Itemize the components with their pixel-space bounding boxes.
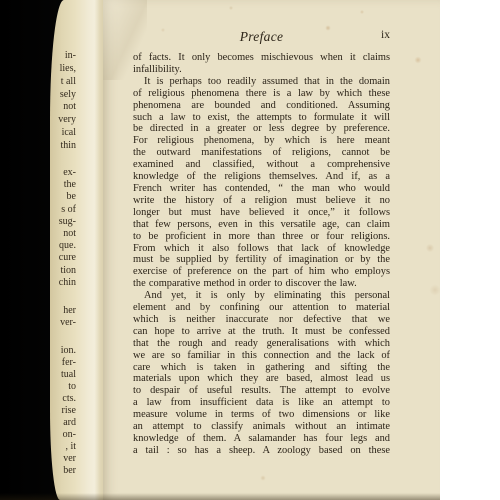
left-page-text-fragment: s of [61,204,76,215]
left-page-text-fragment: not [63,101,76,112]
screenshot: in-lies,t allselynotveryicalthinex-thebe… [0,0,500,500]
text-line: of facts. It only becomes mischievous wh… [133,52,390,64]
left-page-text-fragment: the [64,179,76,190]
left-page-text-fragment: lies, [60,63,76,74]
left-page-text-fragment: very [58,114,76,125]
left-page-fore-edge: in-lies,t allselynotveryicalthinex-thebe… [50,0,103,500]
text-line: the outward manifestations of religions,… [133,147,390,159]
text-line: measure volume in terms of two dimension… [133,409,390,421]
text-line: examined and classified, without a compr… [133,159,390,171]
left-page-text-fragment: ver [63,453,76,464]
text-line: to be proficient in more than three or f… [133,231,390,243]
book-photo: in-lies,t allselynotveryicalthinex-thebe… [0,0,440,500]
left-page-text-fragment: , it [65,441,76,452]
text-line: For religious phenomena, by which is her… [133,135,390,147]
preface-page: Preface ix of facts. It only becomes mis… [103,0,440,500]
text-line: care which is taken in gathering and sif… [133,362,390,374]
left-page-text-fragment: fer- [62,357,76,368]
left-page-text-fragment: ion. [61,345,76,356]
left-page-text-fragment: cts. [62,393,76,404]
left-page-text-fragment: cure [59,252,76,263]
text-line: French writer has contended, “ the man w… [133,183,390,195]
left-page-text-fragment: que. [59,240,76,251]
text-line: we are so familiar in this connection an… [133,350,390,362]
left-page-text-fragment: in- [65,50,76,61]
left-page-text-fragment: not [63,228,76,239]
text-line: a tail : so has a sheep. A zoology based… [133,445,390,457]
preface-text: of facts. It only becomes mischievous wh… [133,52,390,457]
text-line: be directed in a greater or less degree … [133,123,390,135]
text-line: And yet, it is only by eliminating this … [133,290,390,302]
text-line: element and by confining our attention t… [133,302,390,314]
page-number: ix [381,29,390,41]
text-line: of religious phenomena there is a law by… [133,88,390,100]
left-page-text-fragment: rise [62,405,76,416]
text-line: From which it also follows that lack of … [133,243,390,255]
left-page-text-fragment: be [67,191,76,202]
left-page-text-fragment: sely [60,89,76,100]
left-page-text-fragment: t all [61,76,76,87]
text-line: an attempt to classify animals without a… [133,421,390,433]
page-title: Preface [240,29,284,44]
text-line: such a law to exist, the attempts to for… [133,112,390,124]
text-line: It is perhaps too readily assumed that i… [133,76,390,88]
left-page-text-fragments: in-lies,t allselynotveryicalthinex-thebe… [50,0,76,500]
text-line: must be supplied by fertility of imagina… [133,254,390,266]
text-line: can hope to arrive at the truth. It must… [133,326,390,338]
page-header: Preface ix [133,28,390,44]
left-page-text-fragment: ver- [60,317,76,328]
left-page-text-fragment: tion [60,265,76,276]
left-page-text-fragment: chin [59,277,76,288]
text-line: that few persons, even in this versatile… [133,219,390,231]
left-page-text-fragment: thin [60,140,76,151]
text-line: a law from insufficient data is like an … [133,397,390,409]
left-page-text-fragment: tual [61,369,76,380]
left-page-text-fragment: on- [63,429,76,440]
text-line: that the rough and ready generalisations… [133,338,390,350]
text-line: knowledge of the religions themselves. A… [133,171,390,183]
text-line: write the history of a religion must bel… [133,195,390,207]
left-page-text-fragment: her [63,305,76,316]
left-page-text-fragment: to [68,381,76,392]
text-line: which is neither inaccurate nor defectiv… [133,314,390,326]
left-page-text-fragment: ber [63,465,76,476]
left-page-text-fragment: ard [63,417,76,428]
left-page-text-fragment: ical [62,127,76,138]
text-line: phenomena are bounded and conditioned. A… [133,100,390,112]
left-page-text-fragment: ex- [63,167,76,178]
text-line: longer but must have believed it once,” … [133,207,390,219]
text-line: the comparative method in order to disco… [133,278,390,290]
text-line: knowledge of them. A salamander has four… [133,433,390,445]
text-line: materials upon which they are based, alm… [133,373,390,385]
text-line: infallibility. [133,64,390,76]
text-line: exercise of preference on the part of hi… [133,266,390,278]
text-line: to despair of useful results. The attemp… [133,385,390,397]
left-page-text-fragment: sug- [59,216,76,227]
